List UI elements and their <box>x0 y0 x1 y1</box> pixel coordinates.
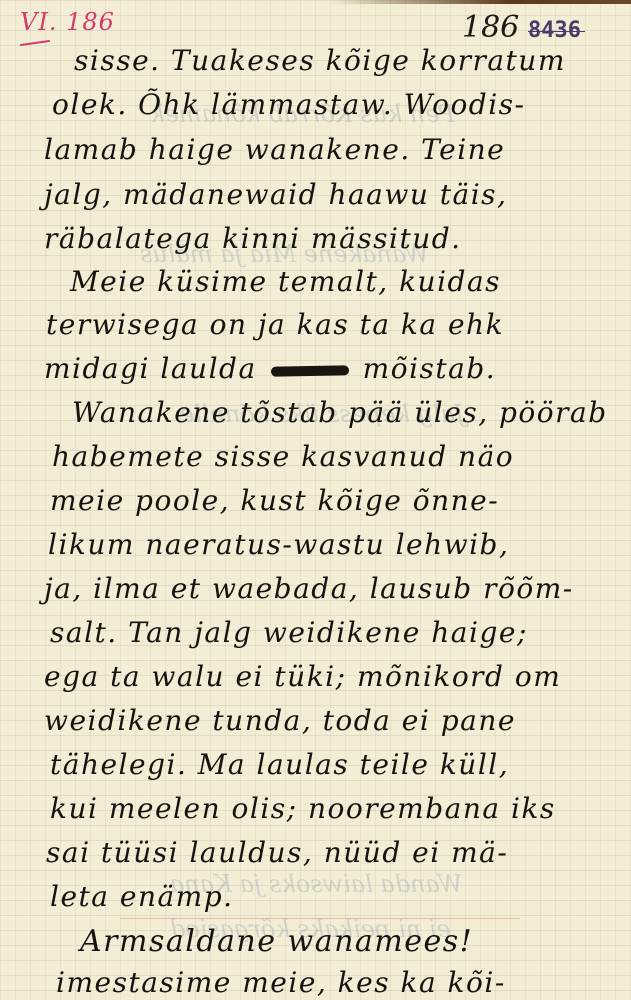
text-line: Wanakene tõstab pää üles, pöörab <box>72 396 608 429</box>
text-segment: midagi laulda <box>44 352 257 385</box>
text-line: ja, ilma et waebada, lausub rõõm- <box>44 572 574 605</box>
text-line: Meie küsime temalt, kuidas <box>70 265 501 298</box>
page-number: 186 <box>462 10 519 45</box>
text-line: imestasime meie, kes ka kõi- <box>56 966 506 999</box>
text-line: habemete sisse kasvanud näo <box>52 440 514 473</box>
archive-reference: VI. 186 <box>20 8 115 36</box>
text-line: salt. Tan jalg weidikene haige; <box>50 616 528 649</box>
text-line: midagi lauldamõistab. <box>44 352 496 385</box>
text-line: ega ta walu ei tüki; mõnikord om <box>44 660 561 693</box>
archive-reference-text: VI. 186 <box>20 8 115 36</box>
text-line: kui meelen olis; noorembana iks <box>50 792 556 825</box>
archive-reference-underline <box>20 40 50 46</box>
text-line: jalg, mädanewaid haawu täis, <box>44 178 507 211</box>
faint-red-rule <box>120 918 520 919</box>
text-line: lamab haige wanakene. Teine <box>44 133 505 166</box>
strike-line <box>528 31 585 32</box>
text-line: sisse. Tuakeses kõige korratum <box>74 44 566 77</box>
manuscript-page: Pen kus Kõrrab kõnamek Wanakene Mia ja m… <box>0 0 631 1000</box>
text-line: likum naeratus-wastu lehwib, <box>48 528 509 561</box>
text-line: terwisega on ja kas ta ka ehk <box>46 308 504 341</box>
text-line: leta enämp. <box>50 880 234 913</box>
page-edge-shadow <box>330 0 631 4</box>
old-page-number-struck: 8436 <box>528 18 581 43</box>
text-line: räbalatega kinni mässitud. <box>44 222 462 255</box>
text-line: sai tüüsi lauldus, nüüd ei mä- <box>46 836 508 869</box>
text-line: Armsaldane wanamees! <box>80 924 473 959</box>
text-line: meie poole, kust kõige õnne- <box>50 484 499 517</box>
text-line: weidikene tunda, toda ei pane <box>44 704 516 737</box>
text-segment: mõistab. <box>363 352 497 385</box>
crossed-out-word <box>271 365 349 376</box>
text-line: olek. Õhk lämmastaw. Woodis- <box>52 88 526 121</box>
text-line: tähelegi. Ma laulas teile küll, <box>50 748 509 781</box>
